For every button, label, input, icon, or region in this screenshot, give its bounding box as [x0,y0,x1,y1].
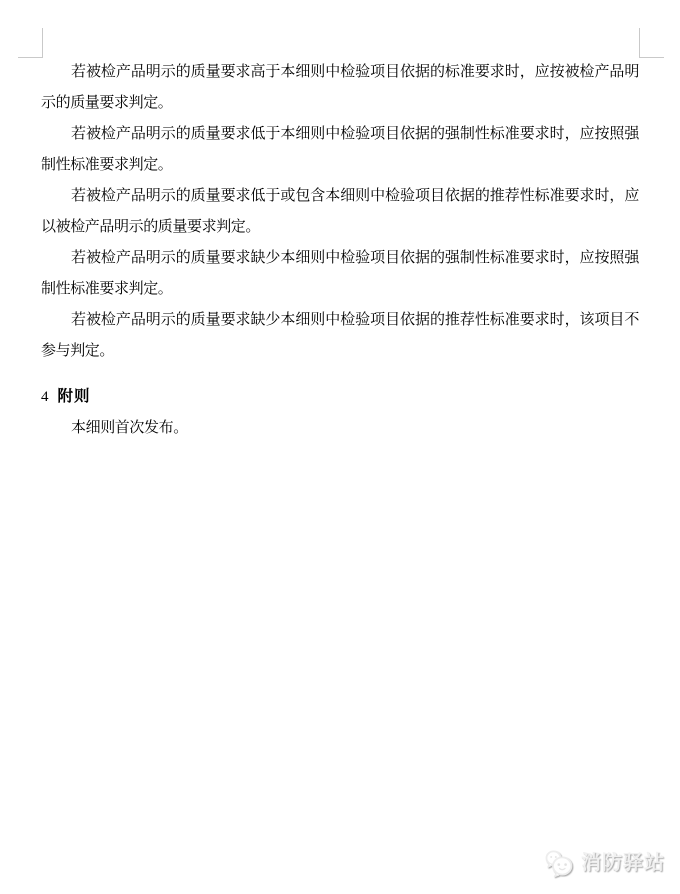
closing-paragraph: 本细则首次发布。 [41,413,639,444]
section-title: 附则 [58,388,91,405]
document-page: 若被检产品明示的质量要求高于本细则中检验项目依据的标准要求时，应按被检产品明示的… [0,0,680,894]
body-paragraph: 若被检产品明示的质量要求低于或包含本细则中检验项目依据的推荐性标准要求时，应以被… [41,181,639,243]
watermark: 消防驿站 [544,846,665,880]
body-paragraph: 若被检产品明示的质量要求低于本细则中检验项目依据的强制性标准要求时，应按照强制性… [41,119,639,181]
watermark-label: 消防驿站 [581,853,665,873]
body-paragraph: 若被检产品明示的质量要求缺少本细则中检验项目依据的强制性标准要求时，应按照强制性… [41,243,639,305]
section-number: 4 [41,389,49,405]
document-body: 若被检产品明示的质量要求高于本细则中检验项目依据的标准要求时，应按被检产品明示的… [41,57,639,444]
body-paragraph: 若被检产品明示的质量要求缺少本细则中检验项目依据的推荐性标准要求时，该项目不参与… [41,305,639,367]
text-boundary-mark-top-left [18,28,43,58]
section-heading: 4附则 [41,381,639,413]
wechat-chat-bubbles-icon [544,848,574,878]
text-boundary-mark-top-right [639,28,664,58]
body-paragraph: 若被检产品明示的质量要求高于本细则中检验项目依据的标准要求时，应按被检产品明示的… [41,57,639,119]
